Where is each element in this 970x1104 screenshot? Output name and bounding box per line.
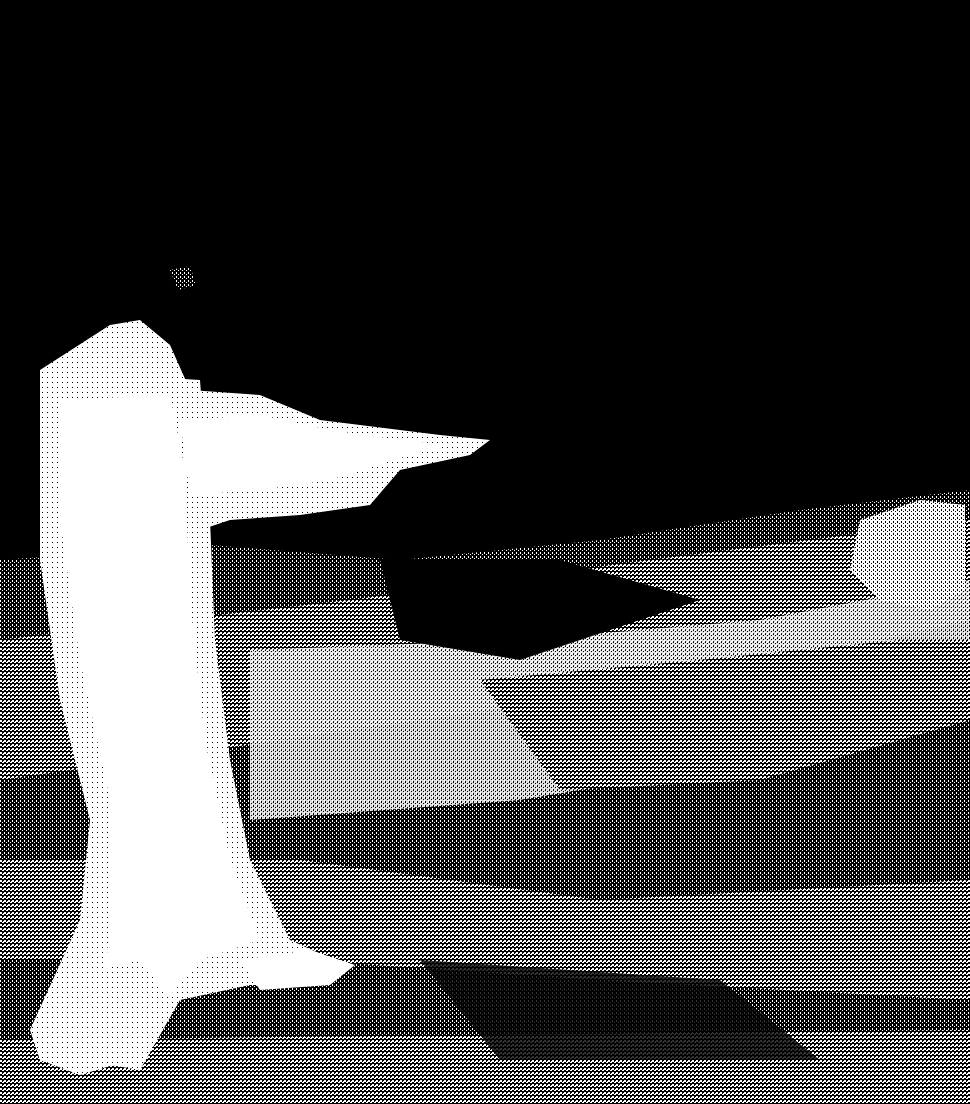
halftone-photo: Dithered black-and-white halftone photog… <box>0 0 970 1104</box>
photo-canvas <box>0 0 970 1104</box>
